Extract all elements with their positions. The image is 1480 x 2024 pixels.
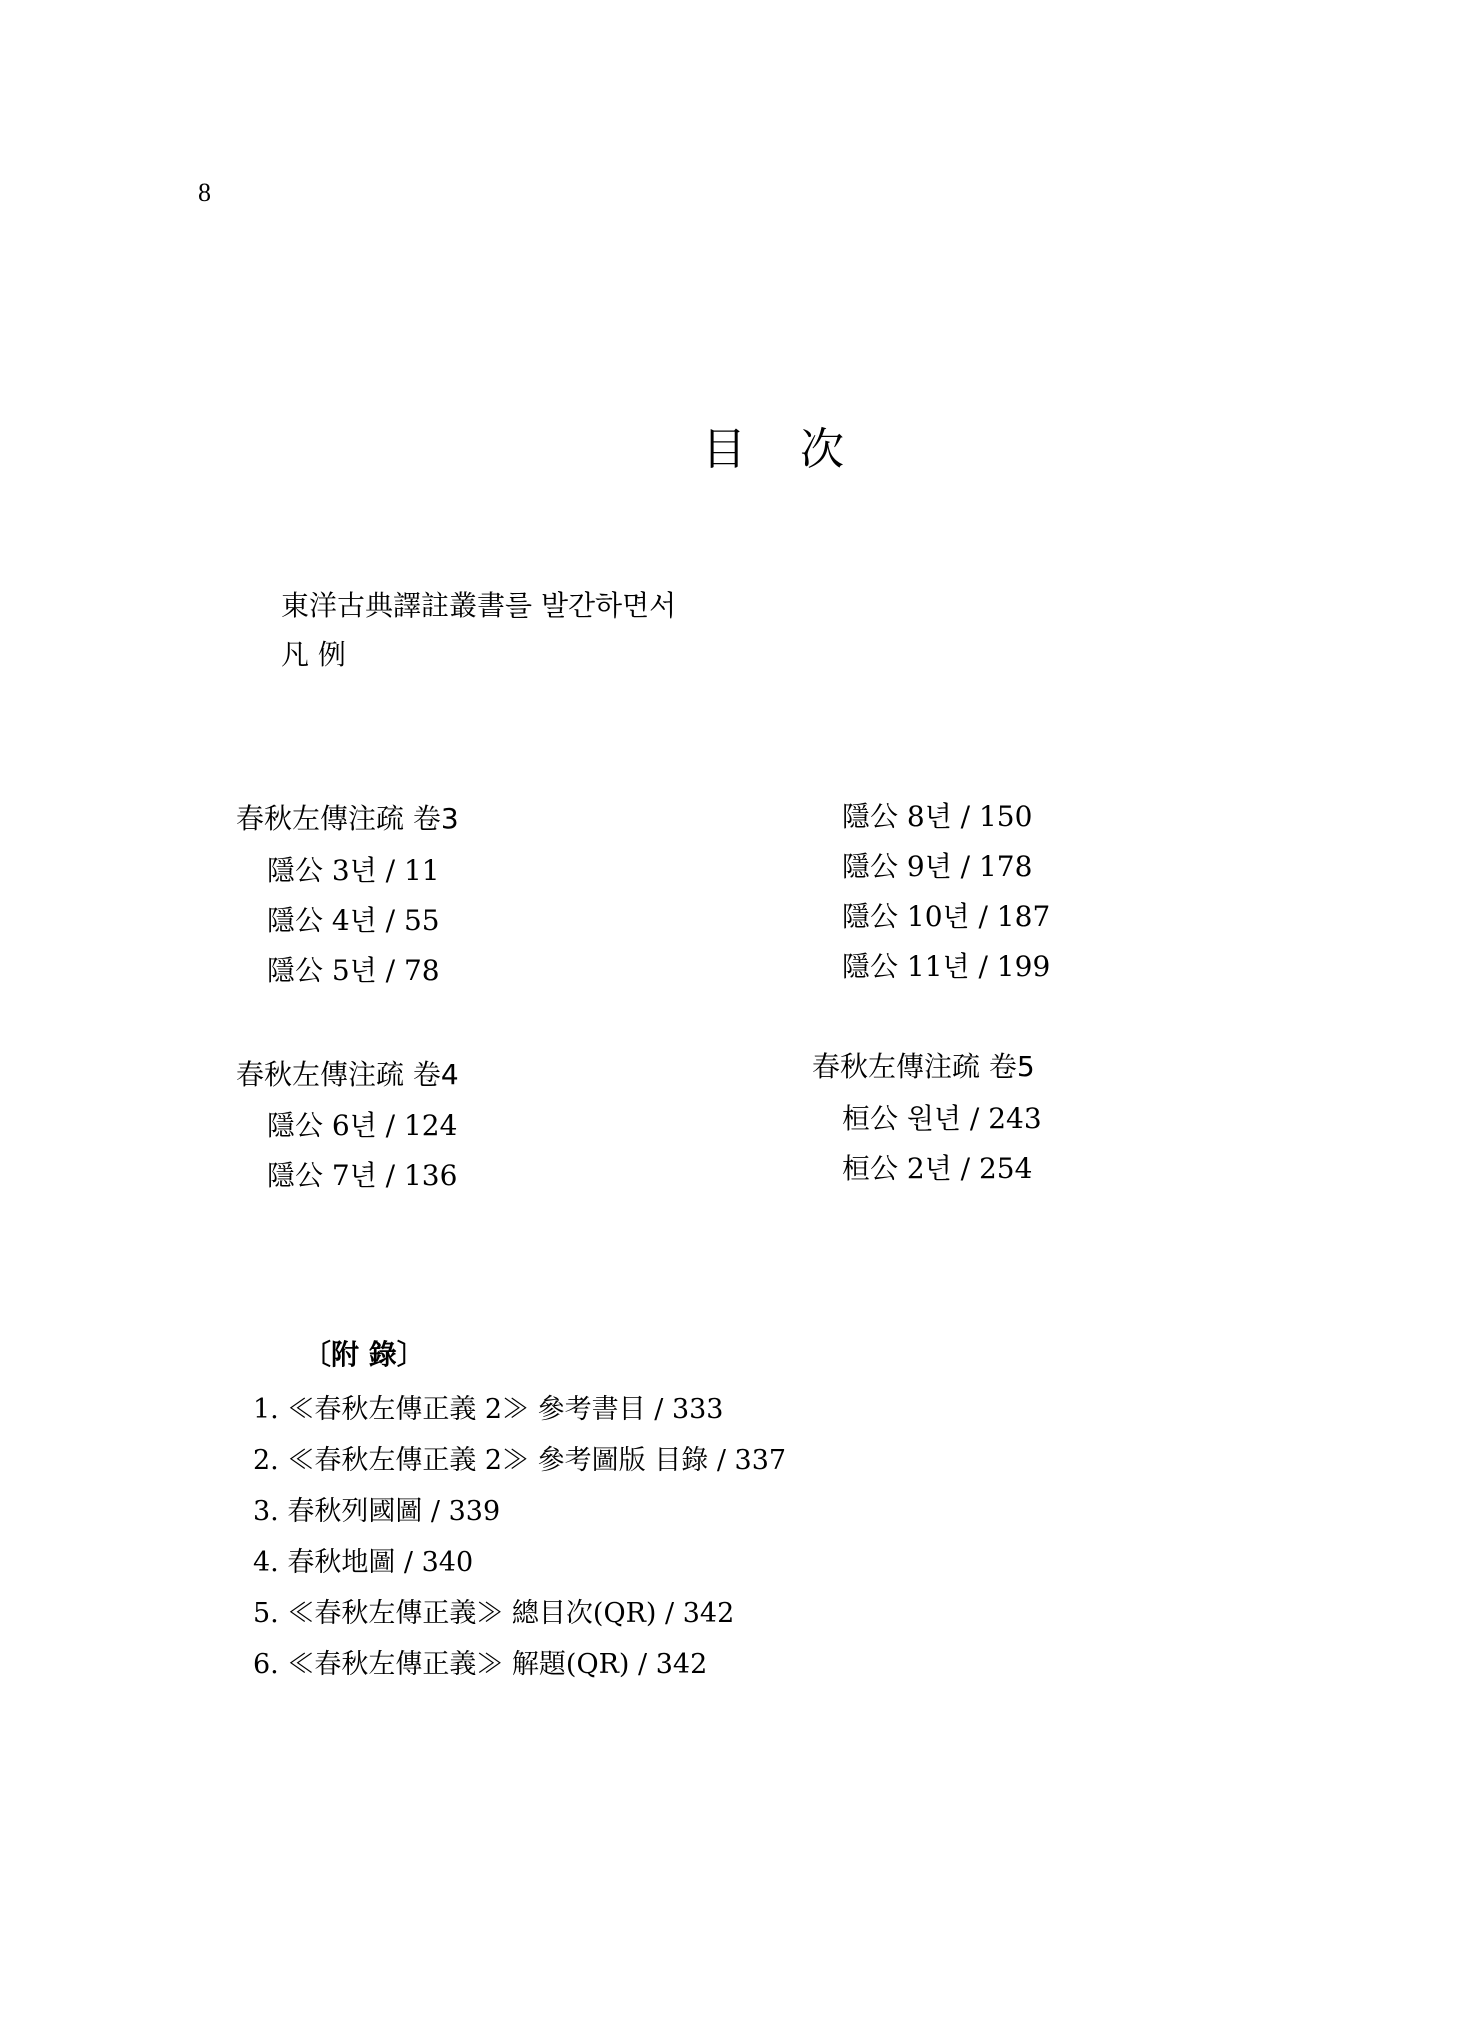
appendix-item[interactable]: 1. ≪春秋左傳正義 2≫ 參考書目 / 333 [253, 1396, 723, 1423]
toc-volume-heading[interactable]: 春秋左傳注疏 卷3 [236, 805, 459, 833]
toc-item-preface[interactable]: 東洋古典譯註叢書를 발간하면서 [281, 592, 676, 620]
appendix-item[interactable]: 3. 春秋列國圖 / 339 [253, 1498, 500, 1525]
appendix-item[interactable]: 6. ≪春秋左傳正義≫ 解題(QR) / 342 [253, 1651, 707, 1678]
appendix-item[interactable]: 4. 春秋地圖 / 340 [253, 1549, 473, 1576]
toc-entry[interactable]: 隱公 7년 / 136 [267, 1162, 457, 1190]
toc-entry[interactable]: 隱公 3년 / 11 [267, 857, 440, 885]
appendix-heading: 〔附 錄〕 [303, 1341, 425, 1369]
appendix-item[interactable]: 5. ≪春秋左傳正義≫ 總目次(QR) / 342 [253, 1600, 734, 1627]
page-number: 8 [198, 180, 211, 206]
toc-item-explanatory-notes[interactable]: 凡 例 [281, 641, 346, 669]
toc-volume-heading[interactable]: 春秋左傳注疏 卷5 [812, 1053, 1035, 1081]
appendix-item[interactable]: 2. ≪春秋左傳正義 2≫ 參考圖版 目錄 / 337 [253, 1447, 786, 1474]
toc-entry[interactable]: 隱公 10년 / 187 [842, 903, 1050, 931]
page-title: 目 次 [702, 428, 864, 472]
toc-entry[interactable]: 桓公 2년 / 254 [842, 1155, 1032, 1183]
toc-entry[interactable]: 隱公 9년 / 178 [842, 853, 1032, 881]
toc-entry[interactable]: 隱公 5년 / 78 [267, 957, 440, 985]
toc-entry[interactable]: 隱公 6년 / 124 [267, 1112, 457, 1140]
toc-entry[interactable]: 隱公 8년 / 150 [842, 803, 1032, 831]
toc-entry[interactable]: 隱公 11년 / 199 [842, 953, 1050, 981]
toc-entry[interactable]: 隱公 4년 / 55 [267, 907, 440, 935]
toc-volume-heading[interactable]: 春秋左傳注疏 卷4 [236, 1061, 459, 1089]
toc-entry[interactable]: 桓公 원년 / 243 [842, 1105, 1042, 1133]
